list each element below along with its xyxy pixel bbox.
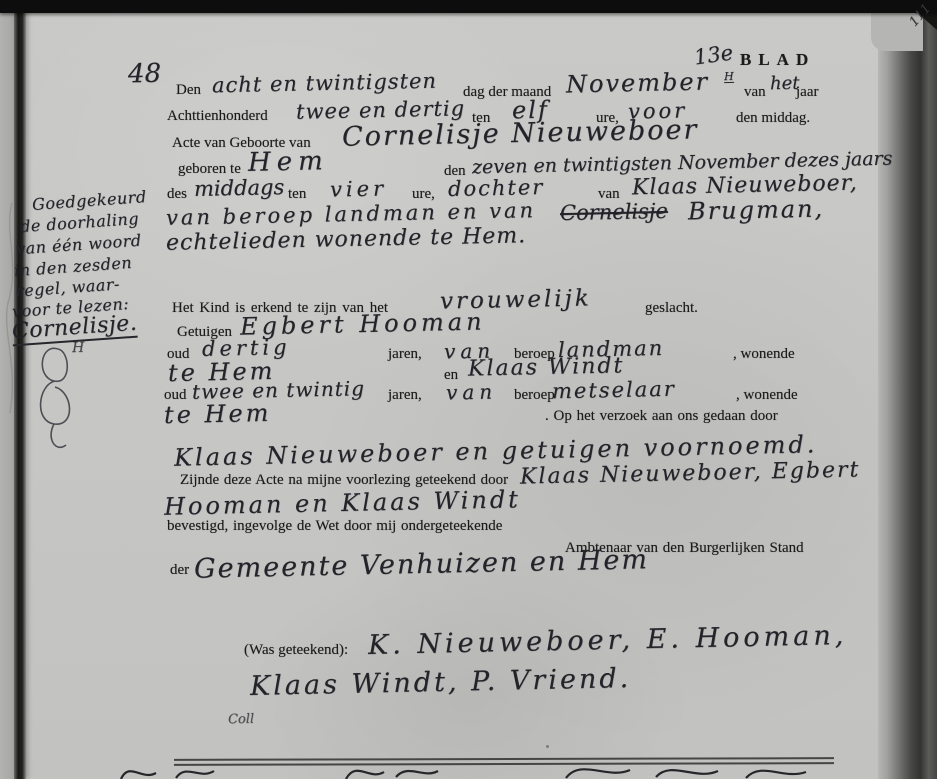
hw-birth-place: Hem — [248, 148, 329, 176]
blad-label: BLAD — [740, 51, 815, 68]
scan-top-border — [0, 0, 937, 13]
struck-word: Cornelisje — [560, 201, 668, 224]
printed-verzoek: . Op het verzoek aan ons gedaan door — [545, 409, 778, 424]
hw-middags: middags — [194, 177, 285, 200]
hw-gemeente: Gemeente Venhuizen en Hem — [194, 546, 649, 583]
printed-der: der — [170, 563, 189, 578]
printed-jaar: jaar — [796, 85, 818, 100]
act-number: 48 — [128, 61, 162, 88]
cutoff-handwriting — [96, 765, 876, 779]
hw-child-name: Cornelisje Nieuweboer — [342, 116, 699, 150]
hw-witness2-age: twee en twintig — [192, 378, 365, 402]
birth-record-page: 13e H BLAD 111 48 Den acht en twintigste… — [26, 13, 878, 779]
paper-speck — [546, 745, 549, 748]
printed-beroep2: beroep — [514, 388, 555, 403]
hw-witness2-name: Klaas Windt — [468, 355, 625, 380]
printed-wonende2: , wonende — [736, 388, 798, 403]
pencil-scribble — [0, 193, 24, 433]
sheet-number: 13e — [693, 42, 735, 68]
printed-was-geteekend: (Was geteekend): — [244, 643, 348, 658]
hw-mother-surname: Brugman, — [688, 197, 825, 224]
printed-geboren-te: geboren te — [178, 162, 241, 177]
margin-paraph — [26, 343, 96, 458]
hw-signatures-b: Klaas Windt, P. Vriend. — [250, 665, 632, 700]
printed-jaren2: jaren, — [388, 388, 422, 403]
hw-birth-day: acht en twintigsten — [212, 71, 437, 97]
hw-birth-hour: vier — [330, 178, 387, 200]
hw-signers-b: Hooman en Klaas Windt — [164, 487, 521, 518]
hw-van4: van — [446, 381, 498, 402]
hw-signatures-a: K. Nieuweboer, E. Hooman, — [368, 622, 848, 659]
hw-witness1-name: Egbert Hooman — [240, 309, 486, 338]
hw-witness2-profession: metselaar — [552, 379, 676, 403]
printed-ten2: ten — [288, 187, 306, 202]
printed-van: van — [744, 85, 766, 100]
coll-mark: Coll — [228, 713, 254, 727]
printed-geslacht: geslacht. — [645, 301, 698, 316]
printed-wonende: , wonende — [733, 347, 795, 362]
document-scan: 13e H BLAD 111 48 Den acht en twintigste… — [0, 0, 937, 779]
hw-month: November — [566, 70, 709, 97]
sheet-check-mark: H — [724, 71, 734, 83]
printed-den-middag: den middag. — [736, 111, 810, 126]
hw-echtelieden: echtelieden wonende te Hem. — [166, 225, 527, 255]
printed-achttienhonderd: Achttienhonderd — [167, 109, 268, 124]
hw-signers-a: Klaas Nieuweboer, Egbert — [520, 459, 861, 488]
hw-witness2-residence: te Hem — [164, 401, 272, 427]
printed-jaren: jaren, — [388, 347, 422, 362]
page-right-edge — [878, 0, 937, 779]
printed-den: Den — [176, 83, 201, 98]
printed-des: des — [167, 187, 187, 202]
printed-bevestigd: bevestigd, ingevolge de Wet door mij ond… — [167, 519, 502, 534]
hw-dochter: dochter — [448, 177, 545, 200]
